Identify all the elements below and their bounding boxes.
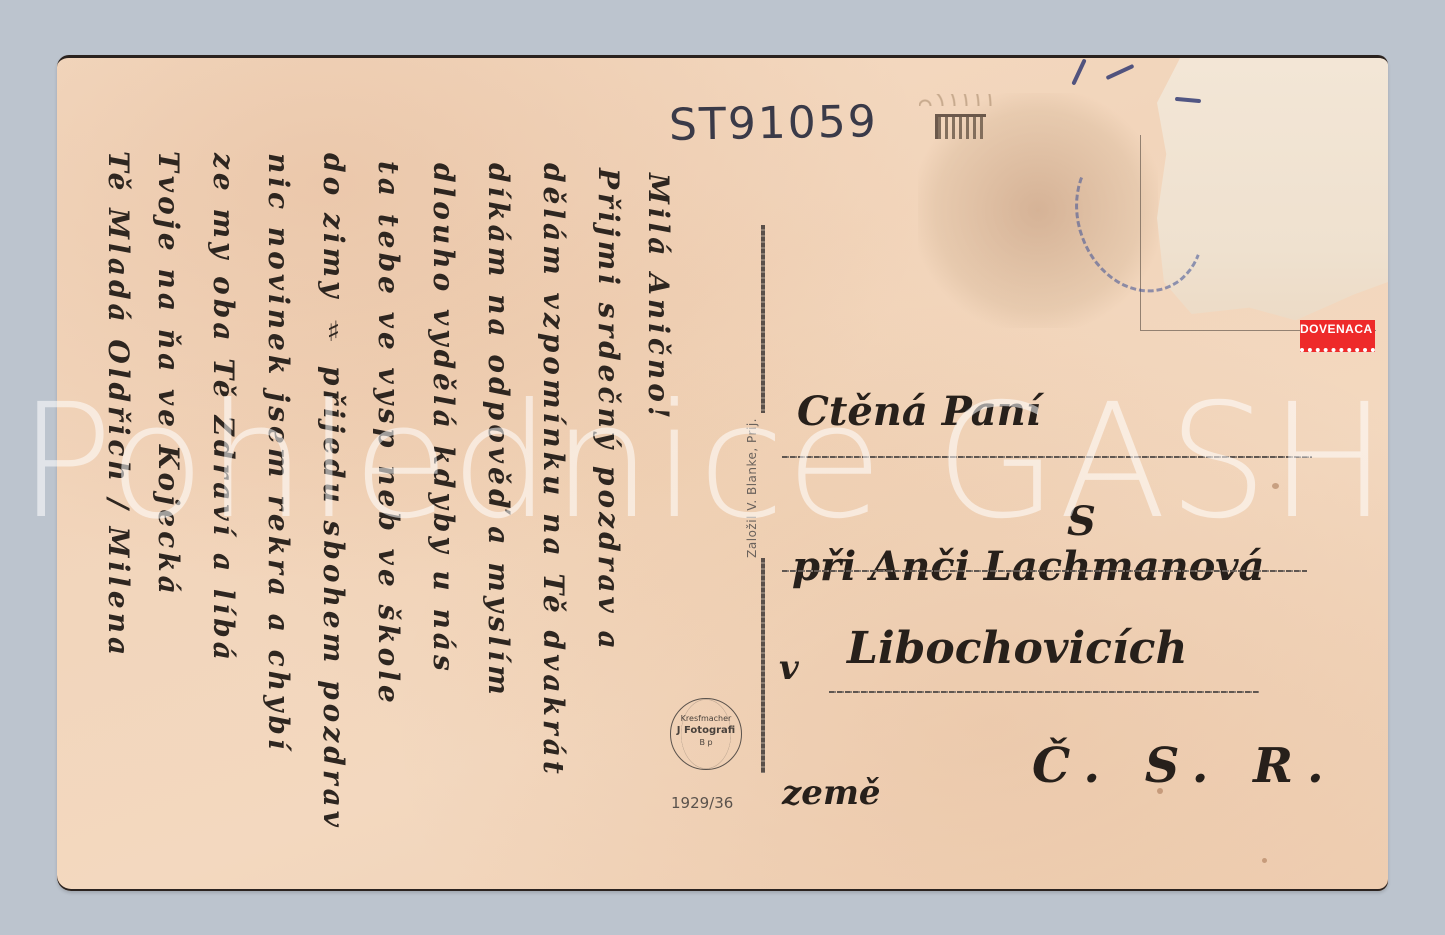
address-line-4-prefix: země <box>782 773 881 813</box>
globe-stamp-line2: J Fotografi <box>671 725 741 737</box>
address-line-2: při Anči Lachmanová <box>792 543 1264 590</box>
message-line: nic novinek jsem rekra a chybí <box>262 153 295 754</box>
postcard-back: DOVENACA ST91059 Milá Anično! Přijmi srd… <box>57 55 1388 891</box>
message-line: díkám na odpověď a myslím <box>482 163 515 699</box>
message-line: do zimy ♯ přijedu sbohem pozdrav <box>317 153 350 831</box>
photographer-globe-stamp: Kresfmacher J Fotografi B p <box>670 698 742 770</box>
address-rule-1 <box>782 456 1312 458</box>
postmark-fragment <box>1071 58 1086 85</box>
paper-speck <box>1262 858 1267 863</box>
globe-stamp-line3: B p <box>671 737 741 749</box>
message-line: dlouho vydělá kdyby u nás <box>427 163 460 675</box>
message-line: dělám vzpomínku na Tě dvakrát <box>537 163 570 778</box>
printer-credit: Založil V. Blanke, Prij. <box>745 418 759 558</box>
address-rule-2 <box>782 570 1307 572</box>
address-line-4: Č. S. R. <box>1032 738 1338 794</box>
postmark-fragment <box>1106 64 1135 80</box>
message-line: Tě Mladá Oldřich / Milena <box>102 151 135 659</box>
center-divider-bottom <box>761 558 765 773</box>
globe-stamp-line1: Kresfmacher <box>671 713 741 725</box>
stamp-perforation <box>919 94 999 106</box>
print-number: 1929/36 <box>671 794 733 812</box>
paper-speck <box>1157 788 1163 794</box>
address-rule-3 <box>829 691 1259 693</box>
stamp-corner-remnant <box>935 114 986 139</box>
red-rubber-stamp: DOVENACA <box>1300 320 1375 352</box>
message-line: ta tebe ve vysp neb ve škole <box>372 161 405 707</box>
message-line: Milá Anično! <box>642 173 675 422</box>
message-line: ze my oba Tě Zdraví a líbá <box>207 153 240 664</box>
center-divider-top <box>761 225 765 413</box>
address-line-1: Ctěná Paní <box>797 388 1041 435</box>
address-line-3-prefix: v <box>779 648 799 688</box>
handwritten-message: Milá Anično! Přijmi srdečný pozdrav a dě… <box>82 113 722 891</box>
message-line: Tvoje na ňa ve Kojecká <box>152 151 185 598</box>
address-line-3: Libochovicích <box>847 623 1187 674</box>
address-line-2-prefix: S <box>1067 498 1096 545</box>
message-line: Přijmi srdečný pozdrav a <box>592 168 625 653</box>
paper-speck <box>1272 483 1279 489</box>
